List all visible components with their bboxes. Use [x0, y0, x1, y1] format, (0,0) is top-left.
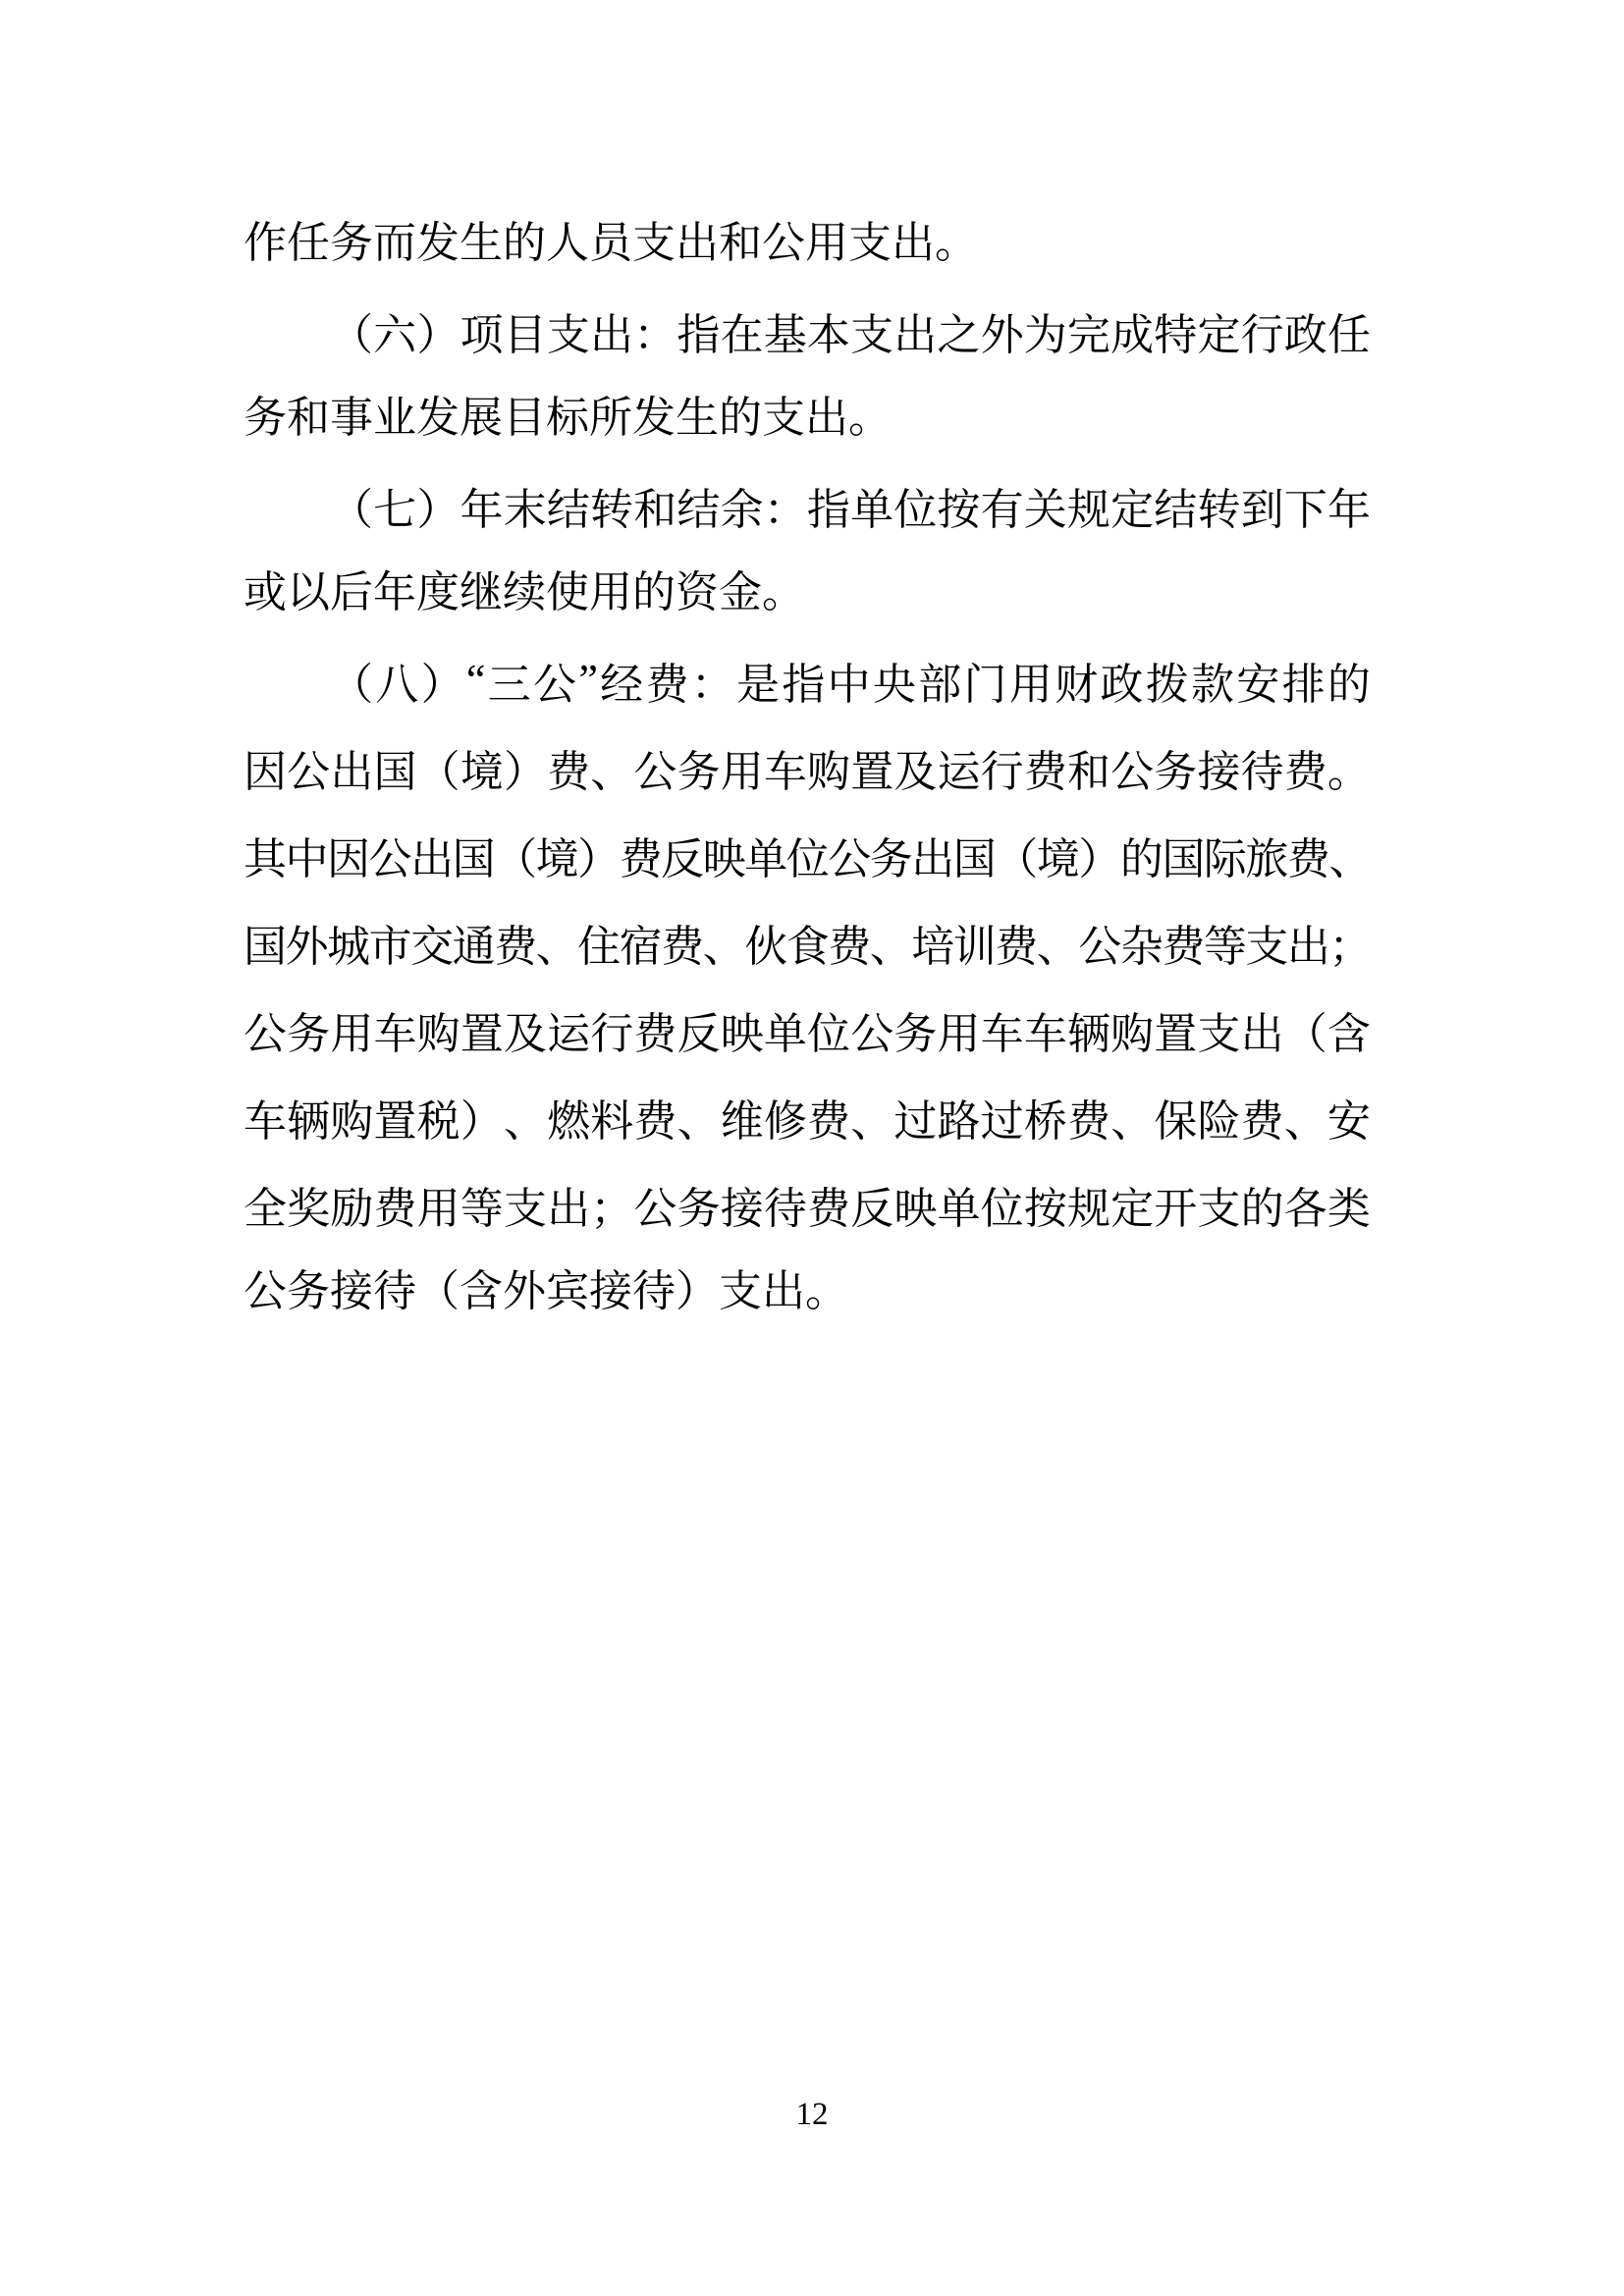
text-line: 其中因公出国（境）费反映单位公务出国（境）的国际旅费、 — [244, 811, 1371, 898]
text-line: 公务用车购置及运行费反映单位公务用车车辆购置支出（含 — [244, 986, 1371, 1073]
page-number: 12 — [0, 2097, 1624, 2133]
text-line: （八）“三公”经费：是指中央部门用财政拨款安排的 — [244, 636, 1371, 723]
text-line: 国外城市交通费、住宿费、伙食费、培训费、公杂费等支出； — [244, 898, 1371, 986]
text-line: 公务接待（含外宾接待）支出。 — [244, 1248, 1371, 1335]
text-line: 车辆购置税）、燃料费、维修费、过路过桥费、保险费、安 — [244, 1073, 1371, 1160]
page-body: 作任务而发生的人员支出和公用支出。（六）项目支出：指在基本支出之外为完成特定行政… — [244, 199, 1371, 1335]
text-line: （七）年末结转和结余：指单位按有关规定结转到下年 — [244, 461, 1371, 549]
text-line: （六）项目支出：指在基本支出之外为完成特定行政任 — [244, 287, 1371, 374]
text-line: 因公出国（境）费、公务用车购置及运行费和公务接待费。 — [244, 723, 1371, 811]
document-page: 作任务而发生的人员支出和公用支出。（六）项目支出：指在基本支出之外为完成特定行政… — [0, 0, 1624, 2296]
text-line: 全奖励费用等支出；公务接待费反映单位按规定开支的各类 — [244, 1160, 1371, 1248]
text-line: 或以后年度继续使用的资金。 — [244, 549, 1371, 636]
text-line: 务和事业发展目标所发生的支出。 — [244, 374, 1371, 461]
text-line: 作任务而发生的人员支出和公用支出。 — [244, 199, 1371, 287]
